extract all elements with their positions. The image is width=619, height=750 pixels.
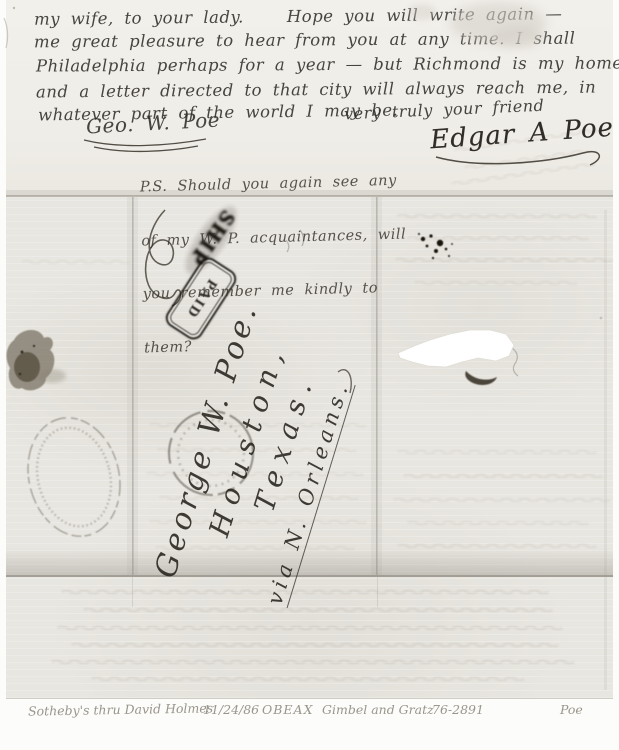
scanned-letter-page: SHIP PAID my wife, to your lady. Hope yo… [0, 0, 619, 750]
postscript-line: P.S. Should you again see any [140, 174, 405, 196]
postscript-line: of my W. P. acquaintances, will [141, 227, 406, 249]
provenance-source: Sotheby's thru David Holmes [28, 700, 213, 718]
provenance-lot-number: 76-2891 [432, 702, 484, 717]
provenance-code: OBEAX [262, 702, 313, 717]
provenance-subject: Poe [560, 702, 583, 717]
fade-smudge [492, 26, 544, 48]
letter-line-3: Philadelphia perhaps for a year — but Ri… [36, 53, 619, 75]
provenance-collection: Gimbel and Gratz [322, 702, 434, 717]
provenance-date: 11/24/86 [203, 702, 259, 717]
fade-smudge [408, 4, 436, 20]
